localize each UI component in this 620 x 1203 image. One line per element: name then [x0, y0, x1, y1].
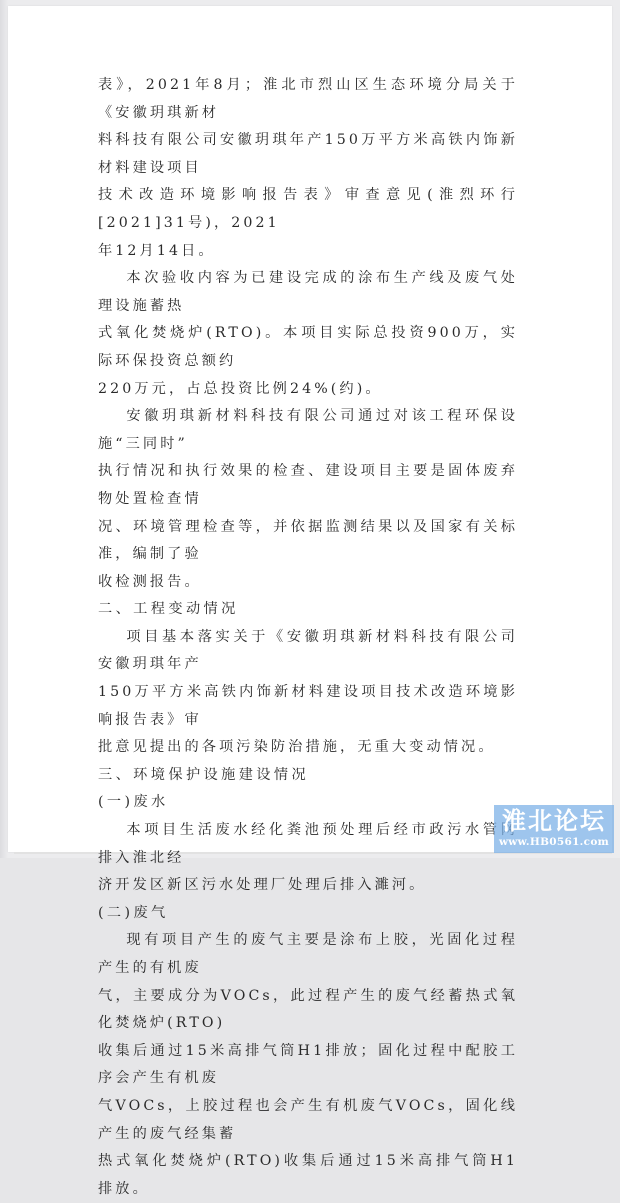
line: 表》，2021年8月；淮北市烈山区生态环境分局关于《安徽玥琪新材: [98, 72, 518, 127]
watermark-title: 淮北论坛: [494, 807, 614, 835]
line: 本次验收内容为已建设完成的涂布生产线及废气处理设施蓄热: [98, 265, 518, 320]
subsection-heading: (一)废水: [98, 789, 518, 817]
section-heading: 二、工程变动情况: [98, 596, 518, 624]
line: 150万平方米高铁内饰新材料建设项目技术改造环境影响报告表》审: [98, 679, 518, 734]
line: 收检测报告。: [98, 569, 518, 597]
line: 技术改造环境影响报告表》审查意见(淮烈环行[2021]31号)，2021: [98, 182, 518, 237]
line: 安徽玥琪新材料科技有限公司通过对该工程环保设施“三同时”: [98, 403, 518, 458]
document-body: 表》，2021年8月；淮北市烈山区生态环境分局关于《安徽玥琪新材 料科技有限公司…: [98, 72, 518, 858]
line: 年12月14日。: [98, 238, 518, 266]
line: 220万元，占总投资比例24%(约)。: [98, 376, 518, 404]
line: 本项目生活废水经化粪池预处理后经市政污水管网排入淮北经: [98, 817, 518, 858]
line: 执行情况和执行效果的检查、建设项目主要是固体废弃物处置检查情: [98, 458, 518, 513]
line: 项目基本落实关于《安徽玥琪新材料科技有限公司安徽玥琪年产: [98, 624, 518, 679]
line: 批意见提出的各项污染防治措施，无重大变动情况。: [98, 734, 518, 762]
line: 料科技有限公司安徽玥琪年产150万平方米高铁内饰新材料建设项目: [98, 127, 518, 182]
section-heading: 三、环境保护设施建设情况: [98, 762, 518, 790]
line: 况、环境管理检查等，并依据监测结果以及国家有关标准，编制了验: [98, 514, 518, 569]
line: 式氧化焚烧炉(RTO)。本项目实际总投资900万，实际环保投资总额约: [98, 320, 518, 375]
watermark-url: www.HB0561.com: [494, 835, 614, 849]
site-watermark: 淮北论坛 www.HB0561.com: [494, 805, 614, 853]
